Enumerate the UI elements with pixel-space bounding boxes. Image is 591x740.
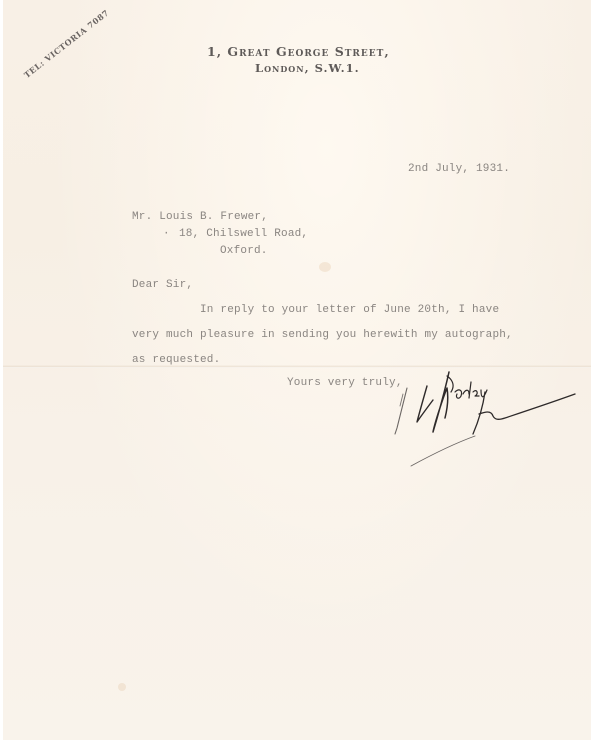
letterhead-address-line2: London, S.W.1. <box>255 61 360 75</box>
paper-fold-line <box>3 365 591 368</box>
letterhead-telephone: TEL: VICTORIA 7087 <box>22 7 111 80</box>
body-line-2: very much pleasure in sending you herewi… <box>132 329 513 341</box>
recipient-name: Mr. Louis B. Frewer, <box>132 211 268 223</box>
letterhead-address-line1: 1, Great George Street, <box>207 44 390 59</box>
paper-stain <box>319 262 331 272</box>
recipient-street: 18, Chilswell Road, <box>179 228 308 240</box>
paper-stain <box>118 683 126 691</box>
handwritten-signature <box>383 370 583 470</box>
recipient-bullet: · <box>163 228 170 240</box>
body-line-3: as requested. <box>132 354 220 366</box>
recipient-city: Oxford. <box>220 245 268 257</box>
salutation: Dear Sir, <box>132 279 193 291</box>
body-line-1: In reply to your letter of June 20th, I … <box>200 304 499 316</box>
letter-page: 1, Great George Street, London, S.W.1. T… <box>3 0 591 740</box>
letter-date: 2nd July, 1931. <box>408 163 510 175</box>
